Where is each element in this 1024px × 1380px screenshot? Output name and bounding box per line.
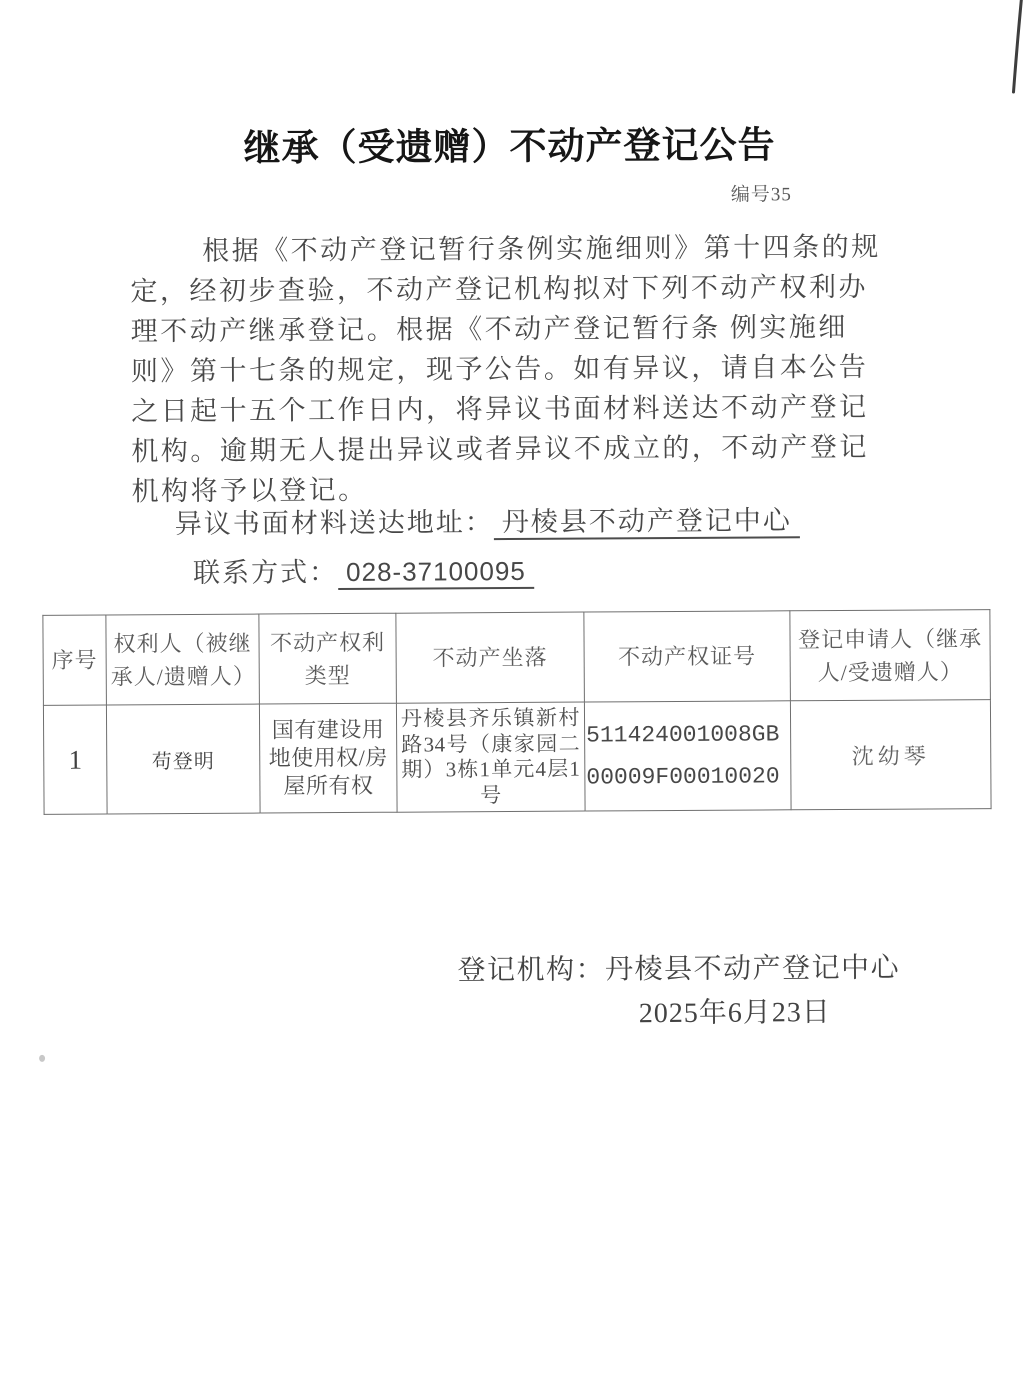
objection-address-line: 异议书面材料送达地址：丹棱县不动产登记中心 — [175, 498, 800, 541]
notice-body: 根据《不动产登记暂行条例实施细则》第十四条的规 定，经初步查验，不动产登记机构拟… — [130, 227, 916, 512]
cell-cert-no: 511424001008GB00009F00010020 — [584, 701, 791, 812]
scan-speck-artifact — [39, 1055, 45, 1062]
contact-label: 联系方式： — [193, 557, 338, 588]
objection-address-value: 丹棱县不动产登记中心 — [494, 505, 800, 540]
table-row: 1 苟登明 国有建设用地使用权/房屋所有权 丹棱县齐乐镇新村路34号（康家园二期… — [43, 700, 991, 815]
doc-number: 编号35 — [731, 179, 792, 206]
contact-line: 联系方式：028-37100095 — [193, 549, 534, 590]
notice-date: 2025年6月23日 — [639, 990, 831, 1031]
document-content: 继承（受遗赠）不动产登记公告 编号35 根据《不动产登记暂行条例实施细则》第十四… — [0, 0, 1024, 1380]
header-cert-no: 不动产权证号 — [584, 611, 791, 702]
objection-address-label: 异议书面材料送达地址： — [175, 507, 494, 539]
table-header-row: 序号 权利人（被继承人/遗赠人） 不动产权利类型 不动产坐落 不动产权证号 登记… — [43, 610, 991, 706]
header-applicant: 登记申请人（继承人/受遗赠人） — [790, 610, 991, 701]
header-right-type: 不动产权利类型 — [259, 613, 397, 704]
header-holder: 权利人（被继承人/遗赠人） — [106, 614, 260, 705]
cell-applicant: 沈幼琴 — [790, 700, 991, 811]
body-line: 定，经初步查验，不动产登记机构拟对下列不动产权利办 — [130, 267, 914, 312]
page-title: 继承（受遗赠）不动产登记公告 — [0, 113, 1022, 173]
body-line: 根据《不动产登记暂行条例实施细则》第十四条的规 — [130, 227, 914, 272]
body-line: 之日起十五个工作日内，将异议书面材料送达不动产登记 — [131, 387, 915, 432]
cell-right-type: 国有建设用地使用权/房屋所有权 — [259, 703, 397, 813]
cell-seq: 1 — [43, 705, 107, 815]
cell-holder: 苟登明 — [106, 704, 260, 814]
body-line: 机构。逾期无人提出异议或者异议不成立的，不动产登记 — [131, 427, 915, 472]
body-line: 理不动产继承登记。根据《不动产登记暂行条 例实施细 — [131, 307, 915, 352]
body-line: 则》第十七条的规定，现予公告。如有异议，请自本公告 — [131, 347, 915, 392]
registration-agency: 登记机构：丹棱县不动产登记中心 — [457, 946, 900, 989]
contact-phone-value: 028-37100095 — [338, 556, 534, 590]
header-seq: 序号 — [43, 615, 107, 705]
registration-table: 序号 权利人（被继承人/遗赠人） 不动产权利类型 不动产坐落 不动产权证号 登记… — [42, 609, 991, 815]
header-location: 不动产坐落 — [396, 612, 585, 703]
cell-location: 丹棱县齐乐镇新村路34号（康家园二期）3栋1单元4层1号 — [396, 702, 585, 813]
scanned-notice-page: 继承（受遗赠）不动产登记公告 编号35 根据《不动产登记暂行条例实施细则》第十四… — [0, 0, 1024, 1380]
